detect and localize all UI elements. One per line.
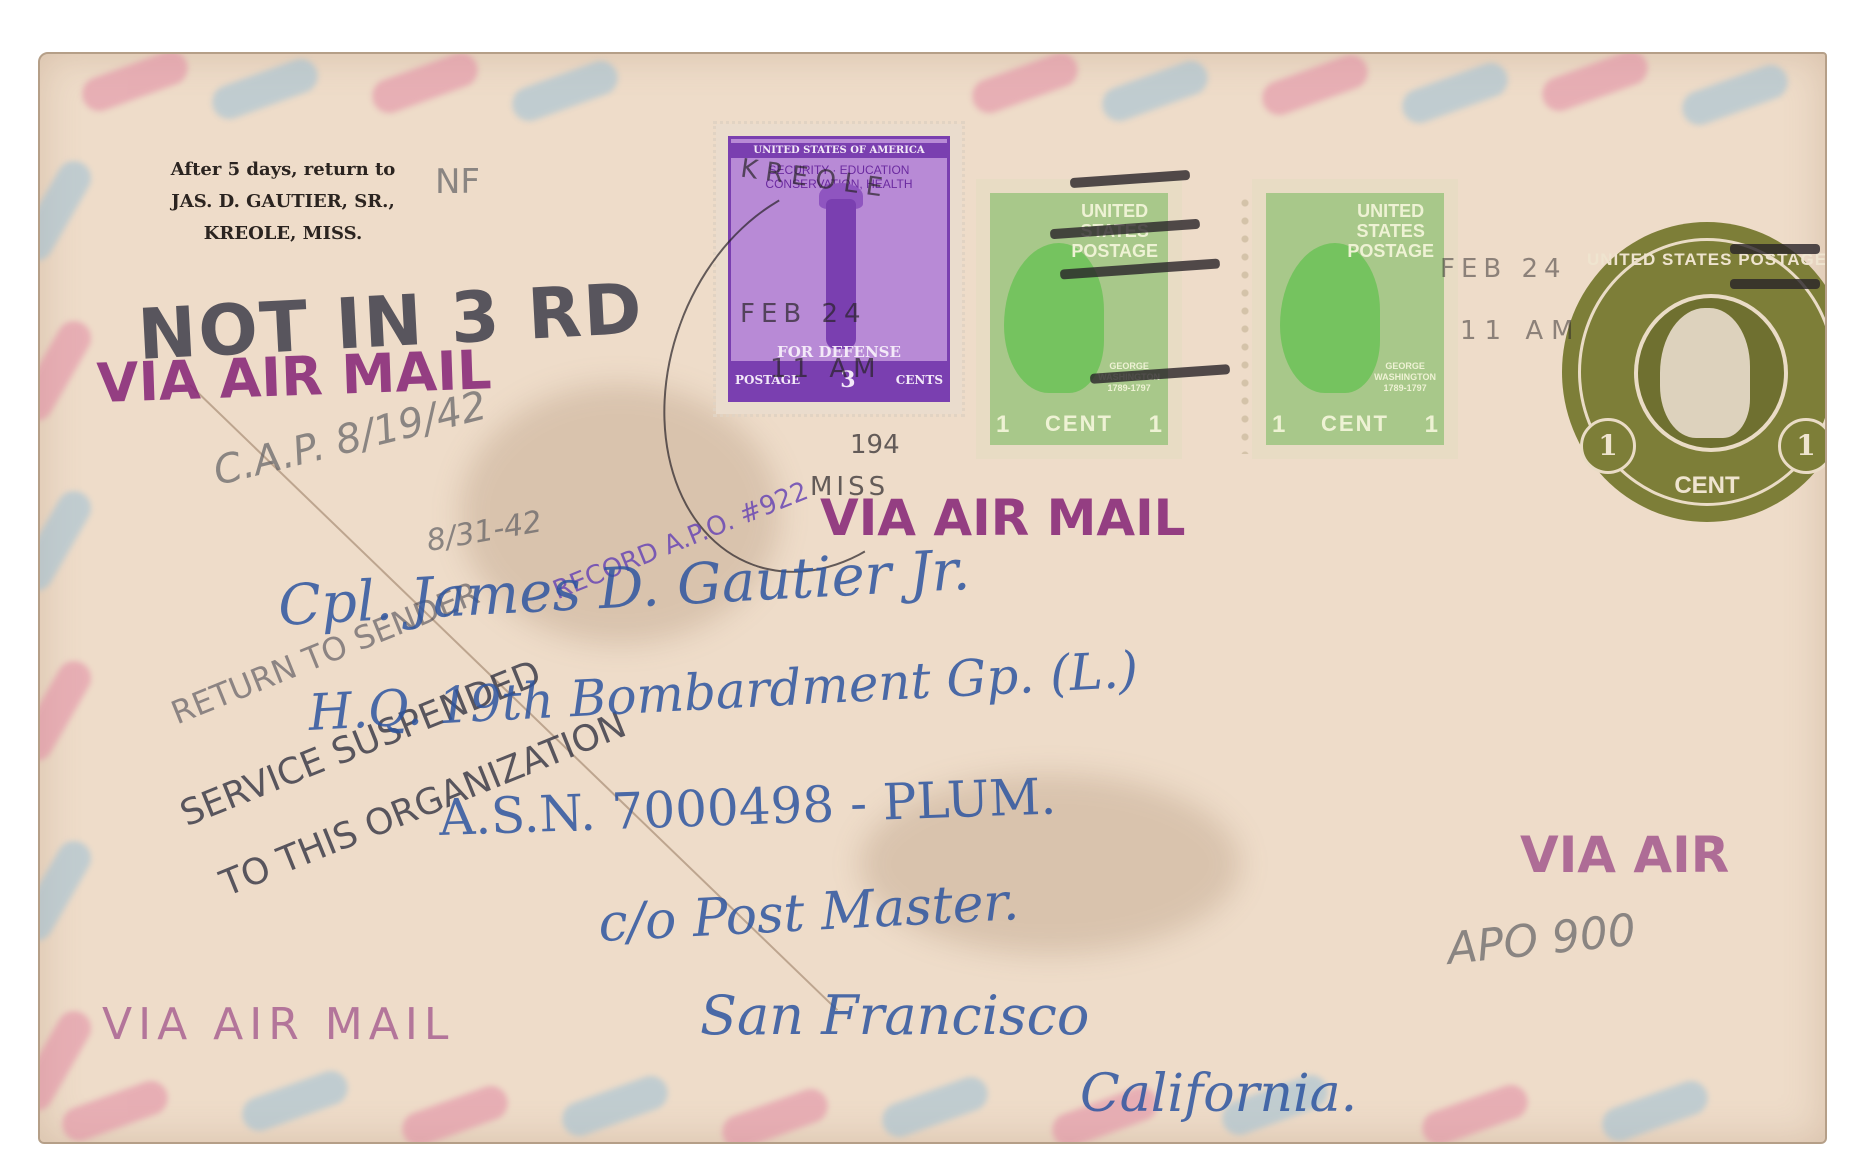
return-address: After 5 days, return to JAS. D. GAUTIER,… bbox=[118, 154, 448, 250]
pencil-note-top: NF bbox=[435, 162, 480, 202]
stamp-title: UNITED STATES POSTAGE bbox=[1347, 201, 1434, 261]
address-line-city: San Francisco bbox=[700, 984, 1089, 1047]
indicia-value-right: 1 bbox=[1778, 418, 1827, 474]
washington-portrait-icon bbox=[1004, 243, 1104, 393]
indicia-unit: CENT bbox=[1562, 472, 1827, 500]
envelope: After 5 days, return to JAS. D. GAUTIER,… bbox=[38, 52, 1827, 1144]
return-instruction: After 5 days, return to bbox=[118, 154, 448, 186]
perforation bbox=[1240, 194, 1250, 454]
return-name: JAS. D. GAUTIER, SR., bbox=[118, 186, 448, 218]
washington-portrait-icon bbox=[1280, 243, 1380, 393]
postmark-date-right: FEB 24 bbox=[1440, 254, 1567, 284]
cancel-bar bbox=[1730, 244, 1820, 254]
stamp-1c-washington: UNITED STATES POSTAGE GEORGE WASHINGTON … bbox=[1252, 179, 1458, 459]
address-line-unit: H.Q. 19th Bombardment Gp. (L.) bbox=[307, 641, 1140, 742]
postmark-year: 194 bbox=[850, 430, 900, 460]
return-town: KREOLE, MISS. bbox=[118, 218, 448, 250]
stamp-name: GEORGE WASHINGTON 1789-1797 bbox=[1374, 361, 1436, 394]
stamp-denomination: 1 CENT 1 bbox=[1272, 411, 1438, 439]
franklin-portrait-icon bbox=[1660, 308, 1750, 438]
handstamp-via-air-mail-bottom: VIA AIR MAIL bbox=[102, 999, 454, 1050]
postmark-time: 11 AM bbox=[770, 354, 882, 384]
postmark-date: FEB 24 bbox=[740, 299, 867, 329]
stamped-envelope-indicia: UNITED STATES POSTAGE 1 1 CENT bbox=[1562, 222, 1827, 522]
pencil-note-apo: APO 900 bbox=[1445, 904, 1639, 975]
indicia-value-left: 1 bbox=[1580, 418, 1636, 474]
postmark-time-right: 11 AM bbox=[1460, 316, 1582, 346]
stamp-1c-washington: UNITED STATES POSTAGE GEORGE WASHINGTON … bbox=[976, 179, 1182, 459]
handstamp-via-air-mail-center: VIA AIR MAIL bbox=[820, 489, 1186, 547]
address-line-state: California. bbox=[1080, 1064, 1357, 1124]
handstamp-via-air-right: VIA AIR bbox=[1520, 826, 1729, 884]
cancel-bar bbox=[1730, 279, 1820, 289]
stamp-denomination: 1 CENT 1 bbox=[996, 411, 1162, 439]
